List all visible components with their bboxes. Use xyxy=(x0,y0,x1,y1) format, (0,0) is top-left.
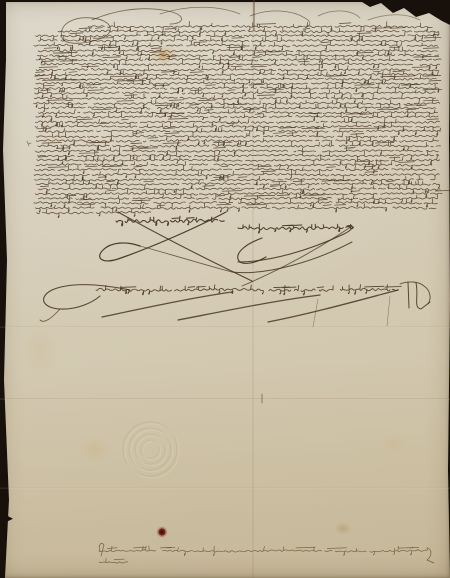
royal-signature-right xyxy=(232,224,354,286)
red-wax-dot xyxy=(157,527,167,537)
manuscript-photo xyxy=(0,0,450,578)
manuscript-body-text xyxy=(34,21,450,217)
ink-layer xyxy=(0,0,450,578)
royal-signature-left xyxy=(100,212,252,281)
embossed-paper-seal xyxy=(123,422,179,478)
chancery-subscription-line xyxy=(40,282,430,327)
docket-note xyxy=(99,543,434,563)
